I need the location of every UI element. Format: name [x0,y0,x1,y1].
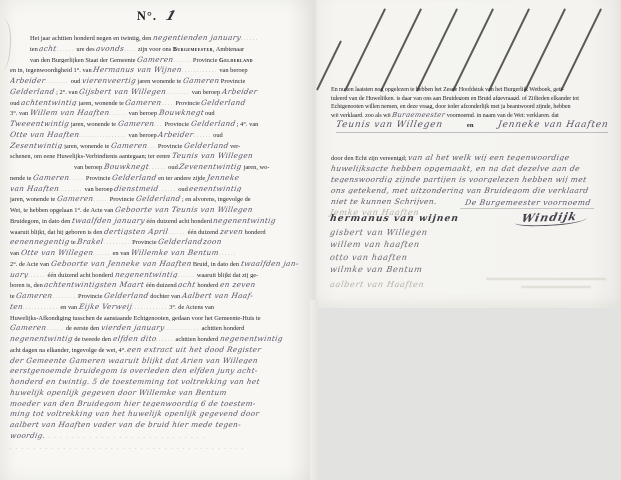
document-line: ons getekend, met uitzondering van Bruid… [331,183,619,194]
document-line: Gelderland ; 2°. van Gijsbert van Willeg… [10,85,304,96]
text-segment: van al het welk wij een tegenwoordige [407,152,570,161]
text-segment: een extract uit het dood Register [127,345,263,354]
text-segment: Teunis van Willegen [171,151,254,160]
text-segment: waaruit blijkt, dat hij geboren is den [10,229,104,236]
text-segment: van beroep [127,132,158,139]
text-segment: . . . . . . . . . . . . . . . . . . . . … [10,445,245,451]
text-segment: ...... [93,251,111,257]
text-segment: van beroep [74,164,104,171]
document-line: 3°. van Willem van Haaften...... van ber… [10,106,304,117]
document-line: Wet, te hebben opgelaan 1°. de Acte van … [10,203,304,214]
document-line: wij verklaard, zoo als wij Burgemeester … [331,109,619,118]
signature: gisbert van Willegen [329,226,531,238]
document-line: waaruit blijkt, dat hij geboren is den d… [10,225,304,236]
text-segment: eenennegentig [10,237,70,246]
text-segment: voornoemd, in naam van de Wet; verklaren… [445,113,558,118]
document-line: 2°. de Acte van Geboorte van Jenneke van… [10,257,304,268]
document-line: van Otte van Willegen...... en van Wille… [10,246,304,257]
text-segment: En nu ten laatsten nog opgelezen te hebb… [331,87,564,92]
text-segment: Gijsbert van Willegen [78,87,167,96]
text-segment: Bouwknegt [158,108,205,117]
text-segment: Aalbert van Haaf- [181,291,254,300]
text-segment: Tweeentwintig [10,119,70,128]
married-couple-line: Teunis van Willegen en Jenneke van Haaft… [336,120,608,133]
text-segment: Provincie [174,100,202,107]
text-segment: , Ambtenaar [213,46,244,53]
text-segment: één duizend acht honderd [145,218,214,225]
document-line: honderd en twintig. 5 de toestemming tot… [10,375,304,386]
text-segment: de tweede den [73,336,113,343]
slash-mark [524,8,566,92]
document-line: Arbeider........ oud vierenveertig jaren… [10,74,304,85]
signature: otto van haaften [329,251,531,263]
text-segment: Provincie [191,57,219,64]
text-segment: negenentwintig [114,270,178,279]
text-segment: .... [124,47,136,53]
conjunction: en [467,122,474,129]
document-scan: N°. 1 Het jaar achttien honderd negen en… [0,0,621,480]
text-segment: honderd [243,229,266,236]
text-segment: dienstmeid [113,184,159,193]
text-segment: Arbeider [10,76,46,85]
text-segment: en ter andere zijde [157,175,207,182]
text-segment: 3°. de Actens van [168,304,214,311]
text-segment: Huwelijks-Afkondiging tusschen de aansta… [10,315,261,322]
signature: willem van haaften [329,238,531,250]
text-segment: huwelijksacte hebben opgemaakt, en na da… [331,163,581,172]
text-segment: oud [177,186,190,193]
marriage-declaration: door den Echt zijn vereenigd; van al het… [331,150,619,205]
text-segment: ming tot voltrekking van het huwelijk op… [10,409,260,418]
text-segment: Gelderland [201,98,247,107]
text-segment: nende te [10,175,33,182]
text-segment: ; en alvorens, ingevolge de [180,196,250,203]
text-segment: achttien honderd [174,336,220,343]
text-segment: ............ [132,305,168,311]
text-segment: boren is, den [10,282,44,289]
text-segment: jaren, wonende te [10,196,57,203]
text-segment: ; 2°. van [55,89,80,96]
text-segment: Arbeider [221,87,258,96]
text-segment: Jenneke [206,173,240,182]
document-line: tuleerd van de Huwelijken, is daar van o… [331,92,619,101]
text-segment: negenentwintig [10,334,74,343]
slash-mark [416,8,458,92]
text-segment: achtentwintigsten Maart [44,280,146,289]
text-segment: Provincie [84,175,112,182]
document-line: van Haaften........ van beroep dienstmei… [10,182,304,193]
text-segment: ........ [45,79,69,85]
text-segment: Gelderland [135,194,181,203]
document-line: ten............ en van Eijke Verweij....… [10,300,304,311]
document-line: moeder van den Bruidegom hier tegenwoord… [10,397,304,408]
document-line: der Gemeente Gameren waaruit blijkt dat … [10,354,304,365]
document-line: en in, tegenwoordigheid 1°. van Hermanus… [10,63,304,74]
text-segment: Geboorte van Teunis van Willegen [114,205,253,214]
text-segment: oud [10,100,21,107]
document-line: eenennegentig te Brakel......... Provinc… [10,235,304,246]
text-segment: Gelderland [10,87,55,96]
text-segment: achttien honderd [200,325,244,332]
document-line: van beroep Bouwknegt...... oud Zevenentw… [10,160,304,171]
slash-mark [560,8,602,92]
slash-mark [452,8,494,92]
text-segment: Provincie [76,293,104,300]
text-segment: ; 4°. van [235,121,258,128]
act-number-prefix: N°. [137,9,157,23]
document-line: Gameren...... de eerste den vierden janu… [10,321,304,332]
left-page: N°. 1 Het jaar achttien honderd negen en… [0,0,312,480]
ink-bleedthrough [486,278,606,280]
text-segment: Het jaar achttien honderd negen en twint… [30,35,153,42]
text-segment: ...... [219,251,237,257]
text-segment: Gameren [117,119,155,128]
text-segment: Gelderland [183,141,229,150]
text-segment: aalbert van Haaften vader van de bruid h… [10,420,242,429]
act-number: N°. 1 [0,7,312,25]
text-segment: Gelderland [219,57,253,64]
document-line: aalbert van Haaften vader van de bruid h… [10,418,304,429]
text-segment: ................ [79,133,127,139]
text-segment: ...... [194,133,212,139]
text-segment: acht [39,44,58,53]
text-segment: en van [59,304,79,311]
text-segment: ........ [166,90,190,96]
text-segment: Provincie [219,78,245,85]
text-segment: eenentwintig [189,184,243,193]
act-number-value: 1 [164,9,178,24]
signature: wilmke van Bentum [329,263,531,275]
right-page: En nu ten laatsten nog opgelezen te hebb… [316,0,621,308]
text-segment: jaren, wonende te [63,143,111,150]
document-line: . . . . . . . . . . . . . . . . . . . . … [10,440,304,451]
text-segment: Gameren [110,141,148,150]
document-line: woordig. . . . . . . . . . . . . . . . .… [10,429,304,440]
text-segment: Gameren [125,98,163,107]
signature: hermanus van wijnen [329,213,531,225]
text-segment: één duizend [186,229,220,236]
text-segment: jaren, wonende te [69,121,117,128]
text-segment: wij verklaard, zoo als wij [331,113,392,118]
text-segment: de eerste den [64,325,101,332]
text-segment: van den Burgerlijken Staat der Gemeente [30,57,137,64]
text-segment: tegenswoordig zijnde partijen is voorgel… [331,174,587,183]
text-segment: oud [212,132,223,139]
text-segment: ...... [57,47,75,53]
document-line: ten acht...... ure des avonds.... zijn v… [10,42,304,53]
text-segment: woordig. [10,431,46,440]
text-segment: achtentwintig [20,98,77,107]
text-segment: Provincie [108,196,136,203]
text-segment: honderd en twintig. 5 de toestemming tot… [10,377,260,386]
document-line: Zesentwintig jaren, wonende te Gameren..… [10,139,304,150]
text-segment: Gameren [32,173,70,182]
text-segment: van beroep [83,186,114,193]
text-segment: Hermanus van Wijnen [92,65,182,74]
text-segment: zoon [202,237,222,246]
text-segment: vierenveertig [81,76,137,85]
document-line: eerstgenoemde bruidegom is overleden den… [10,364,304,375]
text-segment: Gelderland [111,173,157,182]
text-segment: negenentwintig [213,216,277,225]
document-line: door den Echt zijn vereenigd; van al het… [331,150,619,161]
text-segment: Gameren [136,55,174,64]
document-line: van den Burgerlijken Staat der Gemeente … [10,53,304,64]
text-segment: van beroep [190,89,221,96]
text-segment: ure des [75,46,96,53]
text-segment: Bruidegom, in dato den [10,218,72,225]
signature: aalbert van Haaften [329,278,531,290]
page-edge-shadow [310,300,318,480]
text-segment: . . . . . . . . . . . . . . . . . . . . … [45,434,206,440]
document-line: schenen, om eene Huwelijks-Verbindtenis … [10,149,304,160]
text-segment: Zevenentwintig [179,162,243,171]
text-segment: eerstgenoemde bruidegom is overleden den… [10,366,258,375]
text-segment: negenentwintig [219,334,283,343]
text-segment: 2°. de Acte van [10,261,51,268]
text-segment: honderd [196,282,220,289]
text-segment: Gelderland [190,119,236,128]
text-segment: Gelderland [103,291,149,300]
text-segment: ons getekend, met uitzondering van Bruid… [331,185,589,194]
text-segment: Gameren [56,194,94,203]
text-segment: Willem van Haaften [29,108,110,117]
text-segment: Burgemeester [391,111,446,118]
text-segment: Burgemeester [173,46,213,53]
text-segment: één duizend [144,282,178,289]
text-segment: zijn voor ons [136,46,173,53]
document-line: En nu ten laatsten nog opgelezen te hebb… [331,83,619,92]
document-line: Het jaar achttien honderd negen en twint… [10,31,304,42]
bride-name: Jenneke van Haaften [497,120,609,130]
ink-bleedthrough [521,286,591,288]
text-segment: Provincie [156,143,184,150]
text-segment: zeven [219,227,244,236]
text-segment: niet te kunnen Schrijven. [331,196,438,205]
text-segment: ...... [149,165,167,171]
text-segment: huwelijk openlijk gegeven door Willemke … [10,388,228,397]
text-segment: Geboorte van Jenneke van Haaften [50,259,192,268]
text-segment: ...... [156,337,174,343]
text-segment: Bouwknegt [103,162,150,171]
document-line: te Gameren........ Provincie Gelderland … [10,289,304,300]
text-segment: Eijke Verweij [78,302,133,311]
text-segment: acht [177,280,196,289]
text-segment: Gameren [15,291,53,300]
text-segment: Wet, te hebben opgelaan 1°. de Acte van [10,207,115,214]
document-line: nende te Gameren..... Provincie Gelderla… [10,171,304,182]
document-line: negenentwintig de tweede den elfden dito… [10,332,304,343]
text-segment: der Gemeente Gameren waaruit blijkt dat … [10,356,259,365]
text-segment: ..... [69,176,84,182]
text-segment: Zesentwintig [10,141,63,150]
document-line: ming tot voltrekking van het huwelijk op… [10,407,304,418]
text-segment: Gelderland [157,237,203,246]
text-segment: Provincie [163,121,191,128]
text-segment: van [10,250,21,257]
text-segment: Gameren [10,323,47,332]
text-segment: jaren, wo- [242,164,270,171]
text-segment: waaruit blijkt dat zij ge- [195,272,258,279]
text-segment: Provincie [131,239,159,246]
text-segment: jaren wonende te [136,78,183,85]
slash-mark [380,8,422,92]
text-segment: ver- [228,143,240,150]
text-segment: oud [69,78,82,85]
text-segment: oud [167,164,180,171]
text-segment: Brakel [77,237,105,246]
text-segment: ...... [241,36,259,42]
groom-name: Teunis van Willegen [335,120,443,130]
text-segment: twaalfden january [71,216,146,225]
text-segment: Bruid, in dato den [191,261,240,268]
text-segment: en van [111,250,131,257]
text-segment: acht dagen na elkander, ingevolge de wet… [10,347,127,354]
text-segment: Willemke van Bentum [130,248,219,257]
left-page-body: Het jaar achttien honderd negen en twint… [10,31,304,450]
text-segment: Arbeider [157,130,194,139]
document-line: Huwelijks-Afkondiging tusschen de aansta… [10,311,304,322]
text-segment: negentienden january [152,33,242,42]
document-line: boren is, den achtentwintigsten Maart éé… [10,278,304,289]
text-segment: uary [10,270,29,279]
document-line: Tweeentwintig jaren, wonende te Gameren.… [10,117,304,128]
document-line: oud achtentwintig jaren, wonende te Game… [10,96,304,107]
text-segment: ........ [53,294,77,300]
document-line: huwelijksacte hebben opgemaakt, en na da… [331,161,619,172]
text-segment: moeder van den Bruidegom hier tegenwoord… [10,399,256,408]
slash-mark [488,8,530,92]
text-segment: elfden dito [112,334,157,343]
text-segment: ............ [23,305,59,311]
text-segment: vierden january [100,323,165,332]
text-segment: van beroep [218,67,248,74]
document-line: uary...... één duizend acht honderd nege… [10,268,304,279]
document-line: Echtgenooten willen nemen, en deze vraag… [331,100,619,109]
text-segment: en zeven [219,280,256,289]
text-segment: jaren, wonende te [77,100,125,107]
document-line: huwelijk openlijk gegeven door Willemke … [10,386,304,397]
slash-mark [344,8,386,92]
document-line: Bruidegom, in dato den twaalfden january… [10,214,304,225]
text-segment: en in, tegenwoordigheid 1°. van [10,67,93,74]
text-segment: twaalfden jan- [240,259,299,268]
text-segment: van beroep [127,110,158,117]
text-segment: Otte van Willegen [20,248,94,257]
document-line: acht dagen na elkander, ingevolge de wet… [10,343,304,354]
text-segment: Otte van Haaften [10,130,80,139]
text-segment: oud [203,110,214,117]
text-segment: ten [10,302,24,311]
document-line: tegenswoordig zijnde partijen is voorgel… [331,172,619,183]
text-segment: 3°. van [10,110,30,117]
text-segment: van Haaften [10,184,60,193]
text-segment: één duizend acht honderd [46,272,115,279]
text-segment: dochter van [149,293,182,300]
text-segment: schenen, om eene Huwelijks-Verbindtenis … [10,153,172,160]
text-segment: ... [154,122,163,128]
text-segment: dertigsten April [103,227,169,236]
document-line: jaren, wonende te Gameren..... Provincie… [10,192,304,203]
text-segment: Gameren [182,76,220,85]
text-segment: avonds [95,44,125,53]
closing-paragraph: En nu ten laatsten nog opgelezen te hebb… [331,83,619,117]
document-line: Otte van Haaften................ van ber… [10,128,304,139]
